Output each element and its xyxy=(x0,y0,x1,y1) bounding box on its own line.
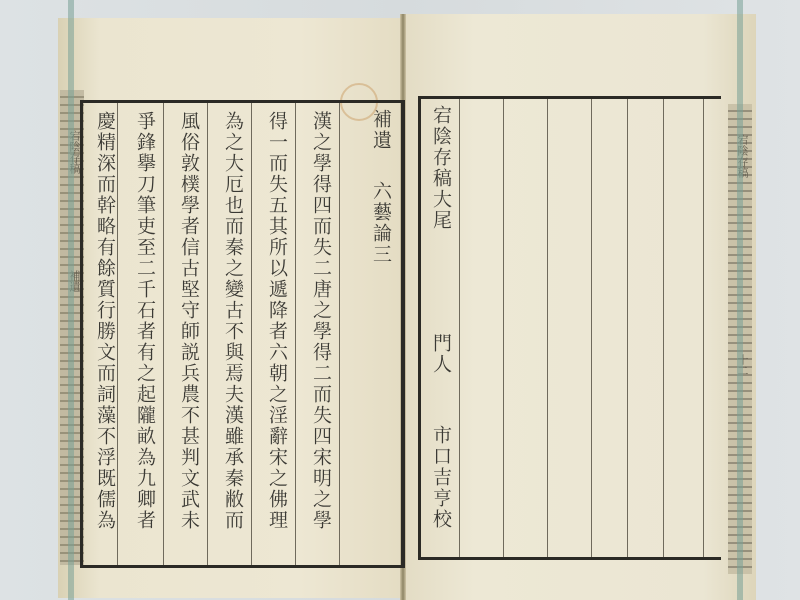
column-rule xyxy=(459,99,460,557)
column-rule xyxy=(339,103,340,565)
column-rule xyxy=(547,99,548,557)
text-column-2: 得一而失五其所以遞降者六朝之淫辭宋之佛理 xyxy=(263,111,291,531)
glass-plate-edge-right xyxy=(737,0,743,600)
text-column-5: 爭鋒擧刀筆吏至二千石者有之起隴畝為九卿者 xyxy=(131,111,159,531)
editor-credit: 市口吉亨校 xyxy=(427,425,455,530)
column-rule xyxy=(503,99,504,557)
column-rule xyxy=(207,103,208,565)
column-rule xyxy=(627,99,628,557)
column-rule xyxy=(295,103,296,565)
left-text-frame: 補遺 六藝論三 漢之學得四而失二唐之學得二而失四宋明之學 得一而失五其所以遞降者… xyxy=(80,100,405,568)
text-column-7: 慶精深而幹略有餘質行勝文而詞藻不浮既儒為 xyxy=(91,111,119,531)
column-rule xyxy=(703,99,704,557)
book-title-end-marker: 宕陰存稿大尾 xyxy=(427,105,455,231)
glass-plate-edge-left xyxy=(68,0,74,600)
column-rule xyxy=(663,99,664,557)
column-rule xyxy=(163,103,164,565)
column-rule xyxy=(591,99,592,557)
text-column-4: 風俗敦樸學者信古堅守師説兵農不甚判文武未 xyxy=(175,111,203,531)
credit-label: 門人 xyxy=(427,333,455,375)
right-text-frame: 宕陰存稿大尾 門人 市口吉亨校 xyxy=(418,96,721,560)
text-column-3: 為之大厄也而秦之變古不與焉夫漢雖承秦敝而 xyxy=(219,111,247,531)
text-column-1: 漢之學得四而失二唐之學得二而失四宋明之學 xyxy=(307,111,335,531)
section-label: 補遺 xyxy=(367,109,395,151)
column-rule xyxy=(251,103,252,565)
chapter-title: 六藝論三 xyxy=(367,181,395,265)
